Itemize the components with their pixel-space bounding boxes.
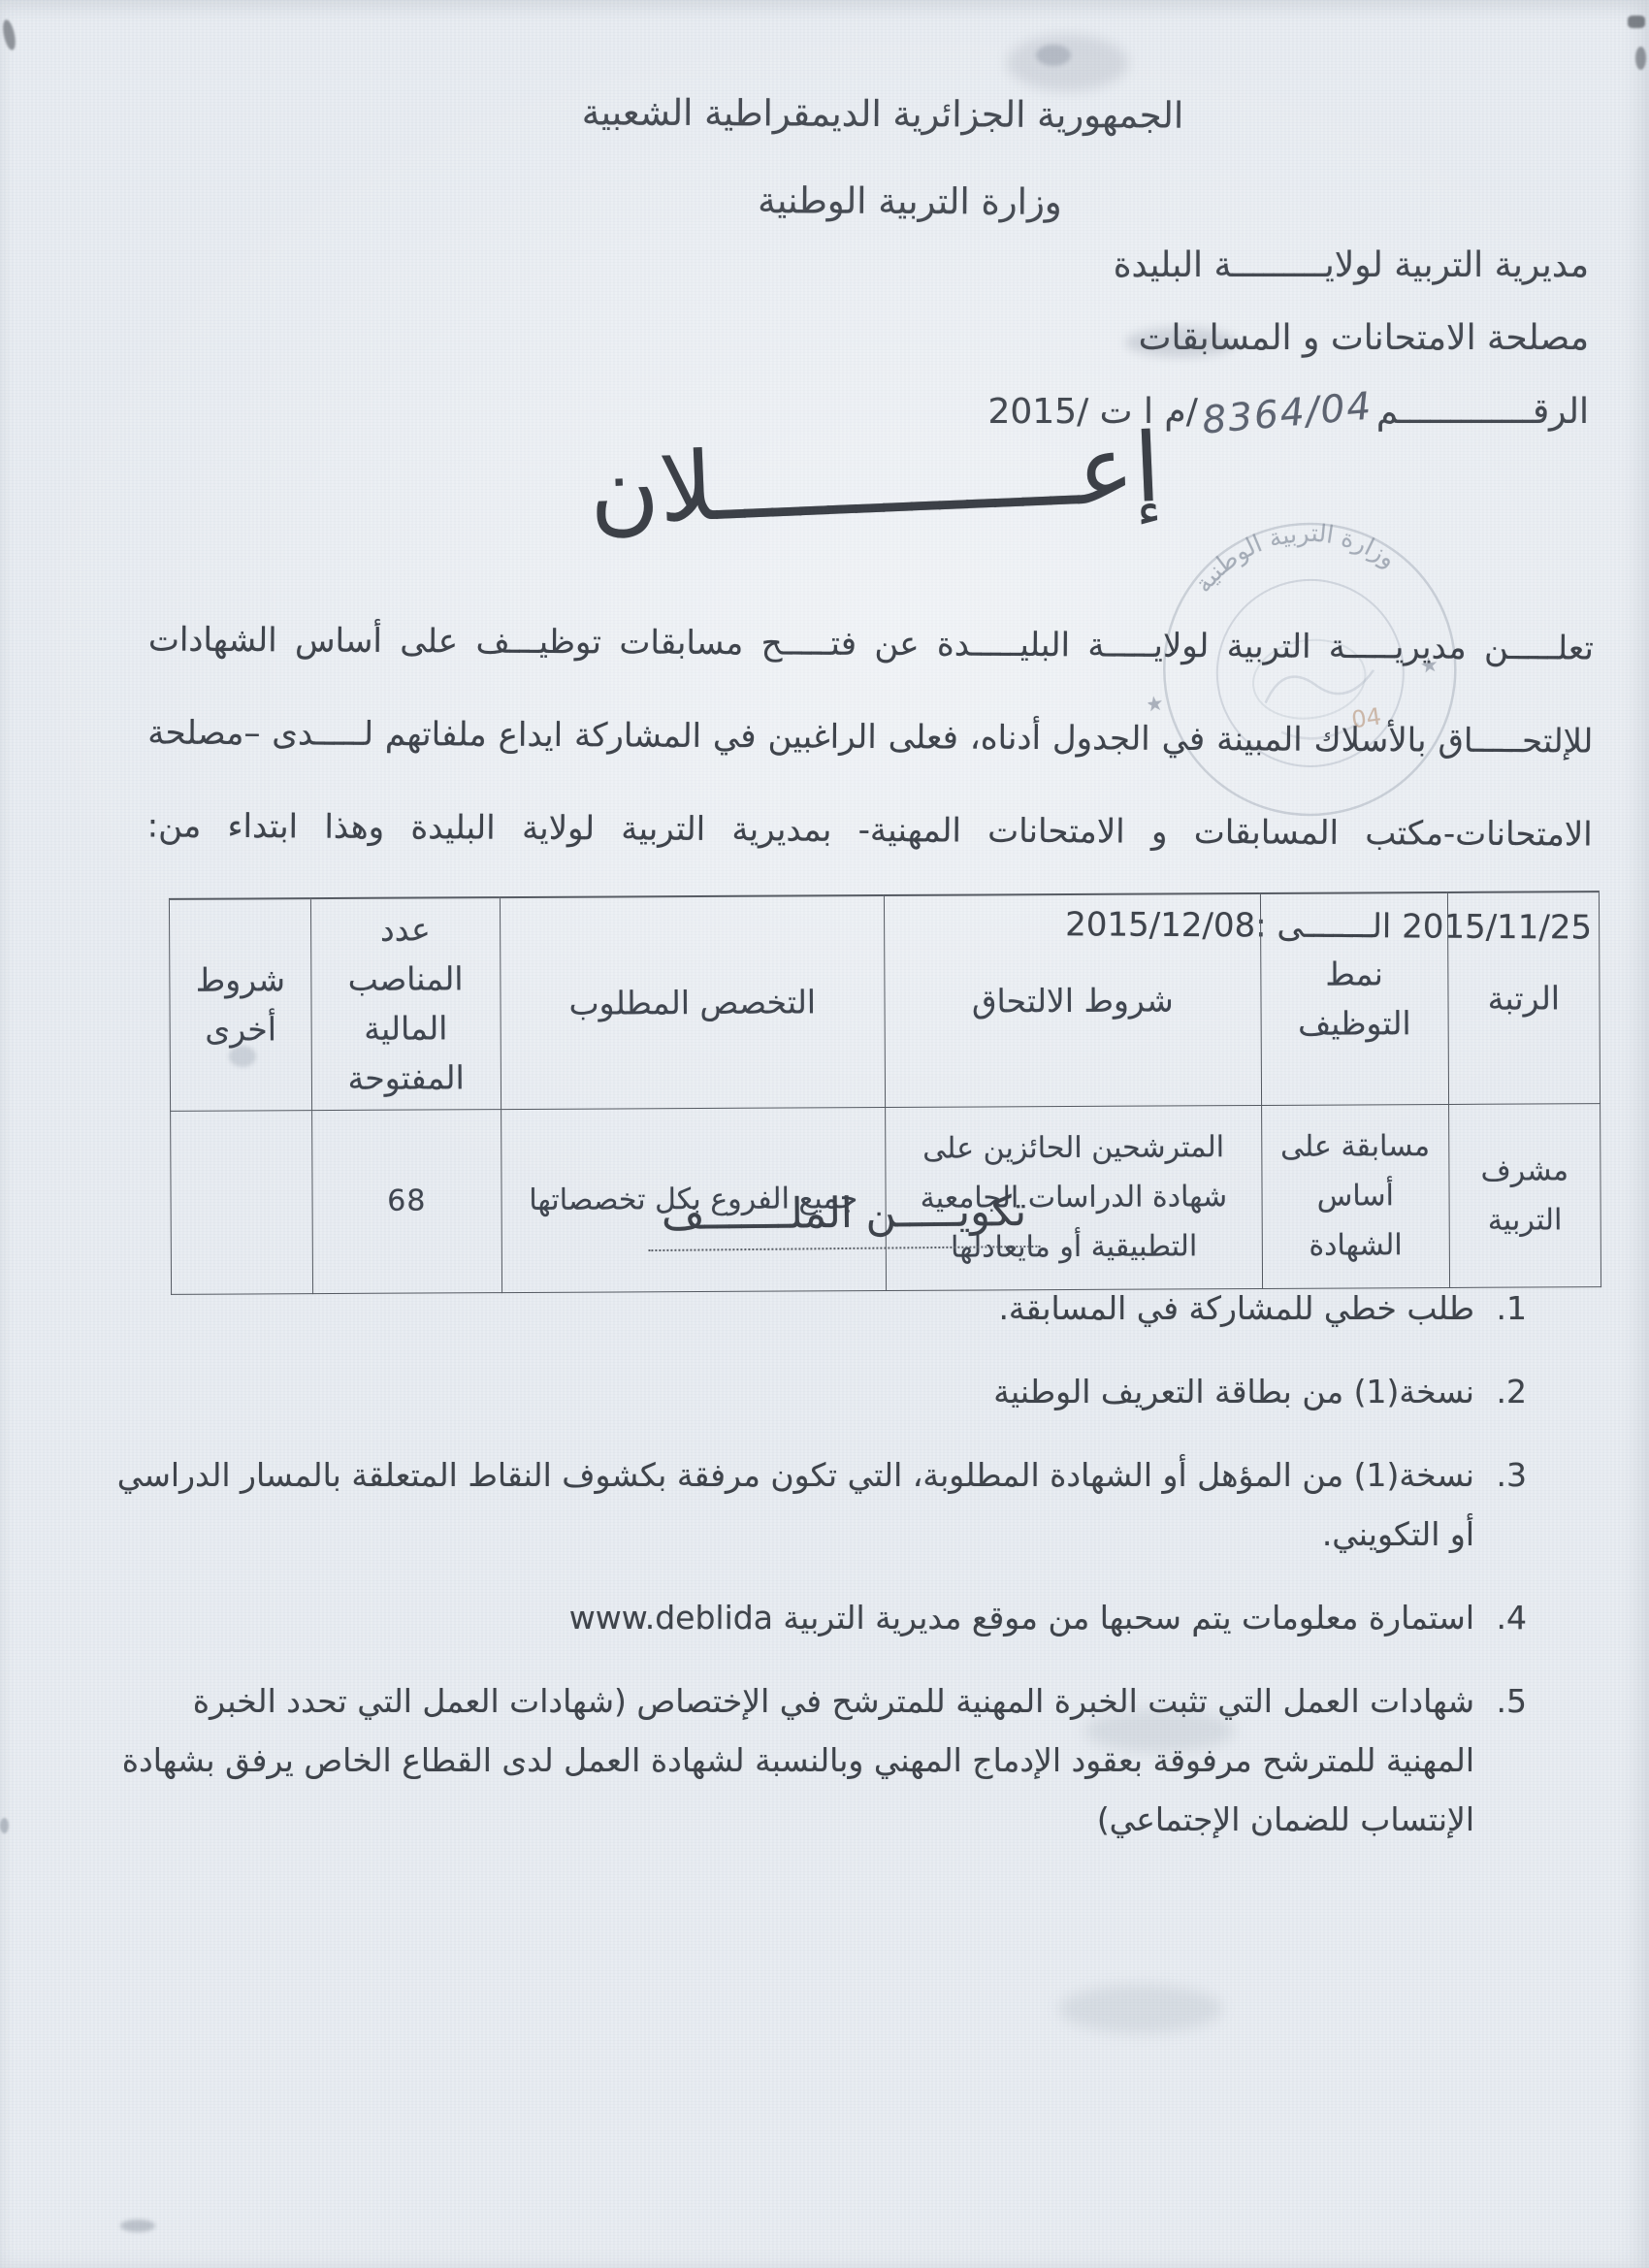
table-header-row: الرتبة نمط التوظيف شروط الالتحاق التخصص …: [169, 891, 1600, 1111]
list-item: شهادات العمل التي تثبت الخبرة المهنية لل…: [102, 1671, 1486, 1849]
col-rank: الرتبة: [1447, 891, 1600, 1104]
scan-smudge: [1, 18, 17, 51]
list-item: نسخة(1) من المؤهل أو الشهادة المطلوبة، ا…: [102, 1445, 1486, 1564]
list-item: استمارة معلومات يتم سحبها من موقع مديرية…: [102, 1588, 1486, 1647]
directorate-line: مديرية التربية لولايـــــــــة البليدة: [987, 229, 1589, 302]
scan-smudge: [1036, 45, 1071, 66]
required-documents-list: طلب خطي للمشاركة في المسابقة. نسخة(1) من…: [102, 1279, 1542, 1873]
country-title: الجمهورية الجزائرية الديمقراطية الشعبية: [58, 89, 1649, 140]
list-item: طلب خطي للمشاركة في المسابقة.: [102, 1279, 1486, 1338]
col-other-conditions: شروط أخرى: [169, 898, 311, 1111]
scan-smudge: [1635, 47, 1646, 70]
col-required-specialty: التخصص المطلوب: [500, 895, 886, 1109]
service-line: مصلحة الامتحانات و المسابقات: [987, 302, 1589, 374]
announcement-title: إعـــــــــــــلان: [48, 390, 1649, 569]
scan-smudge: [1628, 16, 1645, 28]
col-open-positions: عدد المناصب المالية المفتوحة: [310, 897, 501, 1110]
list-item: نسخة(1) من بطاقة التعريف الوطنية: [102, 1362, 1486, 1421]
col-admission-conditions: شروط الالتحاق: [884, 893, 1261, 1107]
ministry-title: وزارة التربية الوطنية: [85, 177, 1649, 227]
col-recruitment-mode: نمط التوظيف: [1260, 892, 1448, 1105]
scan-smudge: [120, 2219, 155, 2232]
scan-smudge: [1059, 1985, 1222, 2033]
scan-smudge: [1007, 35, 1128, 91]
section-title-text: تكويـــــن الملـــــــف: [648, 1187, 1041, 1251]
scan-smudge: [0, 1818, 9, 1833]
scanned-document-page: وزارة التربية الوطنية ★ ★ 04 الجمهورية ا…: [0, 0, 1649, 2268]
